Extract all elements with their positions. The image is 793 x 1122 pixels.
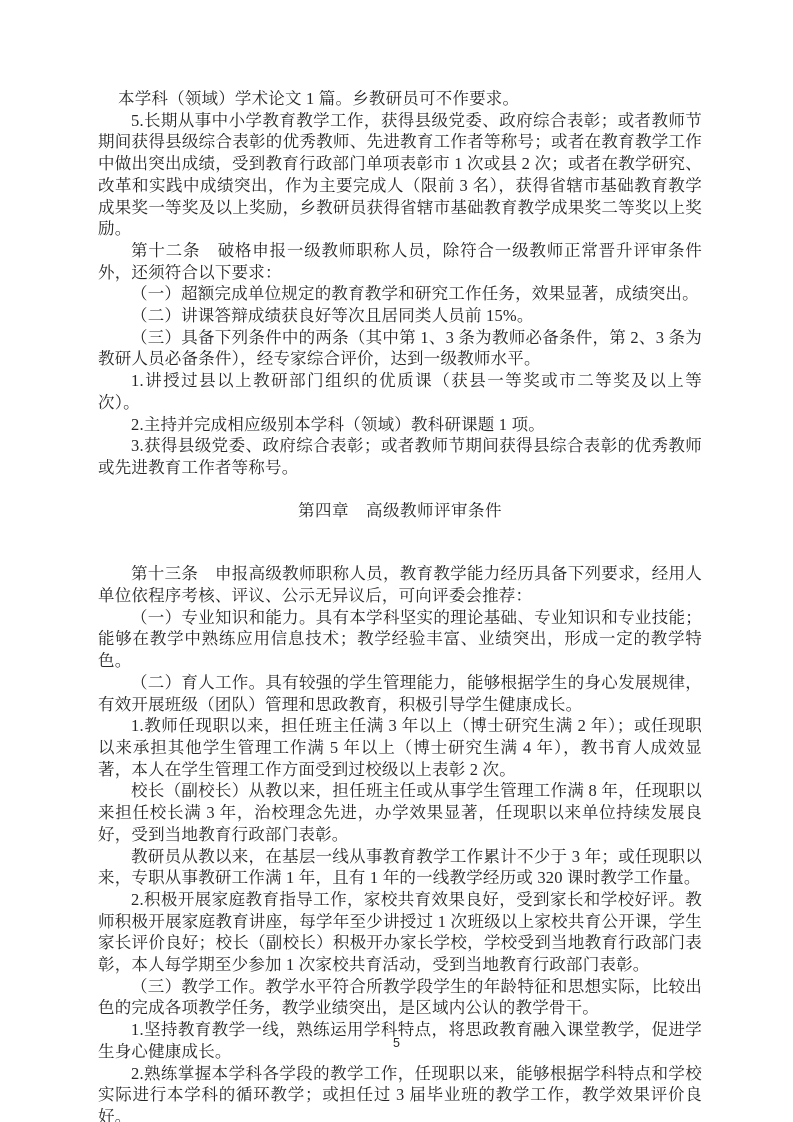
paragraph: 2.主持并完成相应级别本学科（领域）教科研课题 1 项。 bbox=[98, 414, 702, 436]
document-body: 本学科（领域）学术论文 1 篇。乡教研员可不作要求。5.长期从事中小学教育教学工… bbox=[98, 88, 702, 1122]
paragraph: （一）超额完成单位规定的教育教学和研究工作任务，效果显著，成绩突出。 bbox=[98, 283, 702, 305]
paragraph: （三）具备下列条件中的两条（其中第 1、3 条为教师必备条件，第 2、3 条为教… bbox=[98, 327, 702, 370]
paragraph: 本学科（领域）学术论文 1 篇。乡教研员可不作要求。 bbox=[98, 88, 702, 110]
paragraph: 校长（副校长）从教以来，担任班主任或从事学生管理工作满 8 年，任现职以来担任校… bbox=[98, 780, 702, 845]
paragraph: 1.讲授过县以上教研部门组织的优质课（获县一等奖或市二等奖及以上等次）。 bbox=[98, 370, 702, 413]
paragraph: （三）教学工作。教学水平符合所教学段学生的年龄特征和思想实际，比较出色的完成各项… bbox=[98, 976, 702, 1019]
paragraph: （二）育人工作。具有较强的学生管理能力，能够根据学生的身心发展规律，有效开展班级… bbox=[98, 672, 702, 715]
paragraph: 1.教师任现职以来，担任班主任满 3 年以上（博士研究生满 2 年）；或任现职以… bbox=[98, 715, 702, 780]
paragraph: （一）专业知识和能力。具有本学科坚实的理论基础、专业知识和专业技能；能够在教学中… bbox=[98, 607, 702, 672]
paragraph: 2.熟练掌握本学科各学段的教学工作，任现职以来，能够根据学科特点和学校实际进行本… bbox=[98, 1063, 702, 1122]
paragraph: 2.积极开展家庭教育指导工作，家校共育效果良好，受到家长和学校好评。教师积极开展… bbox=[98, 889, 702, 976]
paragraph: 第十二条 破格申报一级教师职称人员，除符合一级教师正常晋升评审条件外，还须符合以… bbox=[98, 240, 702, 283]
paragraph: 5.长期从事中小学教育教学工作，获得县级党委、政府综合表彰；或者教师节期间获得县… bbox=[98, 110, 702, 240]
paragraph: 第十三条 申报高级教师职称人员，教育教学能力经历具备下列要求，经用人单位依程序考… bbox=[98, 563, 702, 606]
paragraph: 3.获得县级党委、政府综合表彰；或者教师节期间获得县综合表彰的优秀教师或先进教育… bbox=[98, 435, 702, 478]
chapter-heading: 第四章 高级教师评审条件 bbox=[98, 500, 702, 522]
paragraph: 教研员从教以来，在基层一线从事教育教学工作累计不少于 3 年；或任现职以来，专职… bbox=[98, 846, 702, 889]
document-page: 本学科（领域）学术论文 1 篇。乡教研员可不作要求。5.长期从事中小学教育教学工… bbox=[0, 0, 793, 1122]
paragraph: （二）讲课答辩成绩获良好等次且居同类人员前 15%。 bbox=[98, 305, 702, 327]
page-number: 5 bbox=[0, 1036, 793, 1050]
